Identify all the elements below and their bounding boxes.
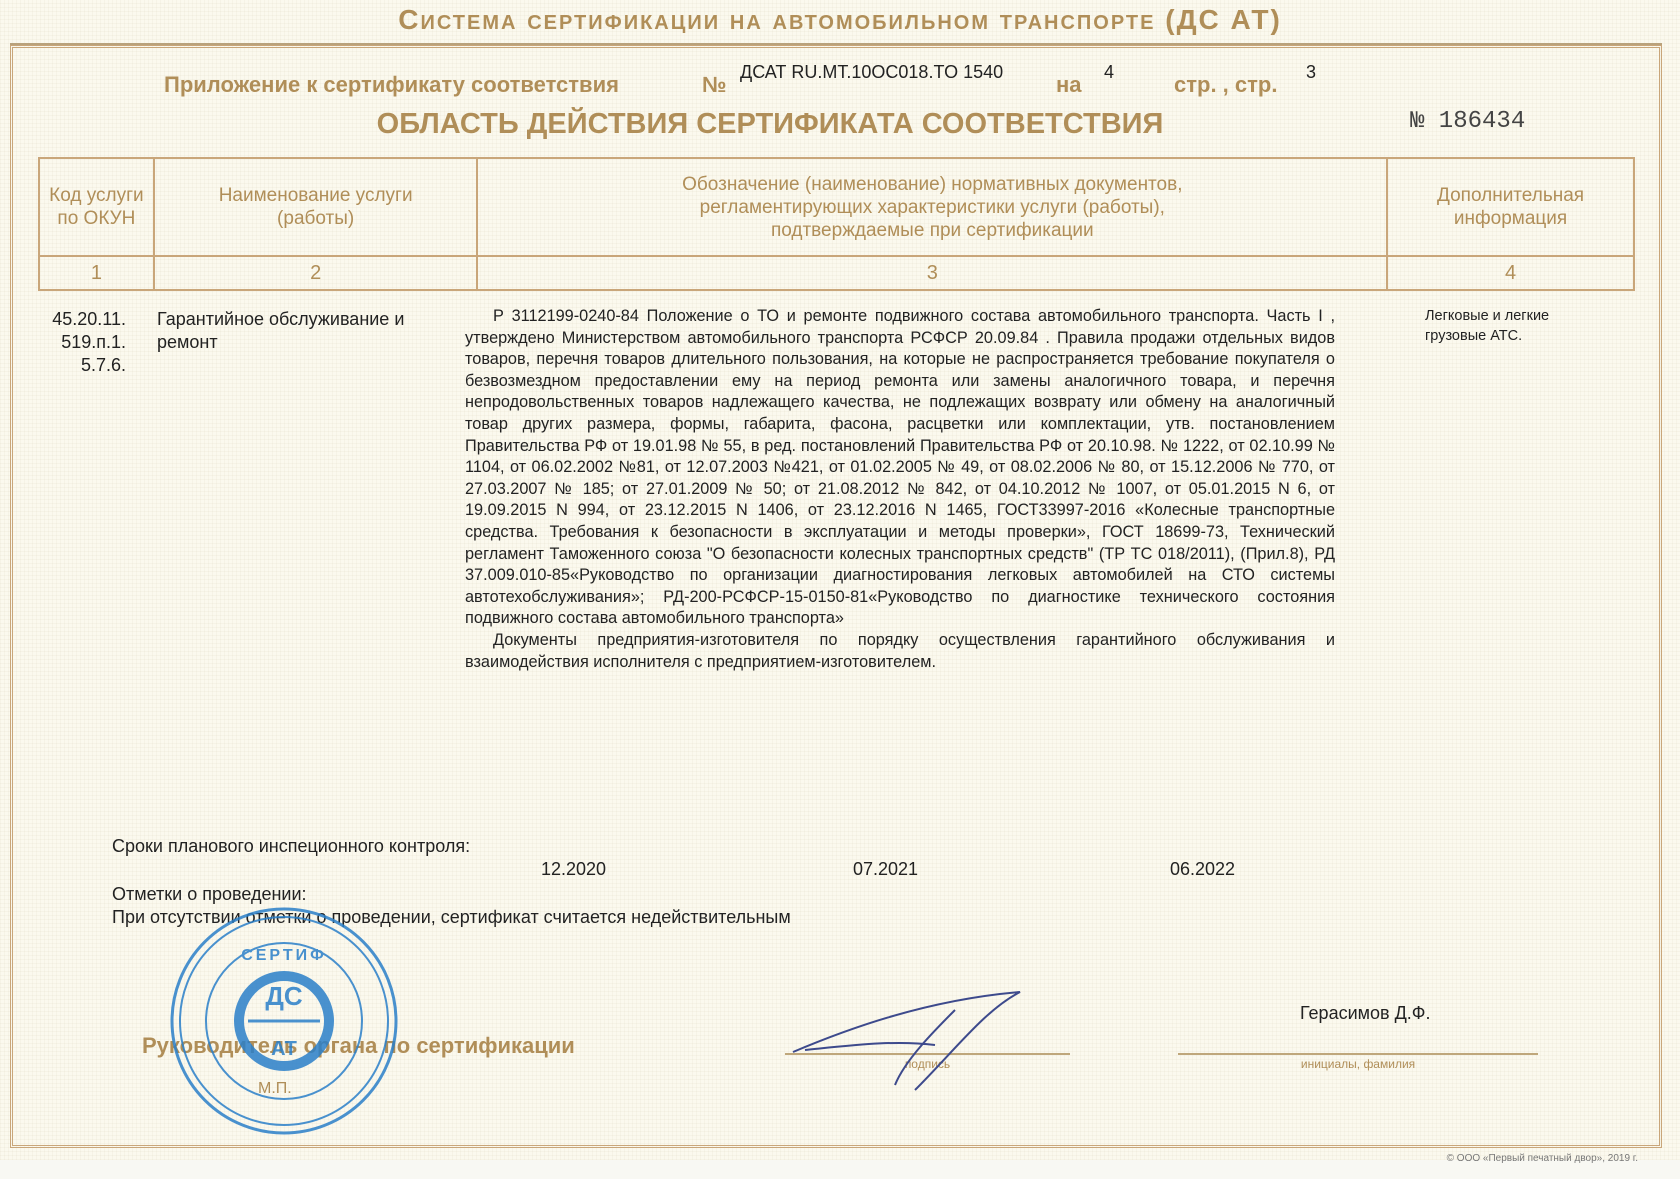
- name-line: [1178, 1053, 1538, 1055]
- certificate-page: Система сертификации на автомобильном тр…: [0, 0, 1680, 1160]
- handwritten-signature: [785, 990, 1025, 1100]
- header-documents: Обозначение (наименование) нормативных д…: [477, 158, 1387, 256]
- name-caption: инициалы, фамилия: [1178, 1057, 1538, 1071]
- inspection-date: 07.2021: [853, 859, 918, 880]
- page-number: 3: [1306, 62, 1316, 83]
- service-name: Гарантийное обслуживание и ремонт: [157, 308, 457, 354]
- code-part: 45.20.11.: [36, 308, 126, 331]
- documents-paragraph: Р 3112199-0240-84 Положение о ТО и ремон…: [465, 306, 1335, 630]
- pages-label: стр. , стр.: [1174, 72, 1277, 98]
- appendix-label: Приложение к сертификату соответствия: [164, 72, 619, 98]
- scope-table-header: Код услуги по ОКУН Наименование услуги (…: [38, 157, 1635, 291]
- signatory-name: Герасимов Д.Ф.: [1300, 1003, 1430, 1024]
- total-pages: 4: [1104, 62, 1114, 83]
- certificate-number: ДСАТ RU.MT.10OC018.TO 1540: [740, 62, 1003, 83]
- code-part: 5.7.6.: [36, 354, 126, 377]
- seal-label: М.П.: [258, 1080, 292, 1098]
- copyright: © ООО «Первый печатный двор», 2019 г.: [1447, 1153, 1638, 1164]
- inspection-date: 06.2022: [1170, 859, 1235, 880]
- svg-text:АТ: АТ: [271, 1038, 297, 1060]
- svg-text:СЕРТИФ: СЕРТИФ: [241, 947, 327, 964]
- header-additional: Дополнительная информация: [1387, 158, 1634, 256]
- form-number: № 186434: [1410, 108, 1525, 135]
- inspection-date: 12.2020: [541, 859, 606, 880]
- header-code: Код услуги по ОКУН: [39, 158, 154, 256]
- system-title: Система сертификации на автомобильном тр…: [0, 4, 1680, 36]
- header-service: Наименование услуги (работы): [154, 158, 478, 256]
- col-number-1: 1: [39, 256, 154, 290]
- code-part: 519.п.1.: [36, 331, 126, 354]
- svg-text:ДС: ДС: [265, 981, 303, 1011]
- on-label: на: [1056, 72, 1082, 98]
- col-number-2: 2: [154, 256, 478, 290]
- seal-stamp-icon: ДС АТ СЕРТИФ: [168, 905, 400, 1137]
- additional-info: Легковые и легкие грузовые АТС.: [1425, 306, 1585, 346]
- inspection-label: Сроки планового инспеционного контроля:: [112, 836, 470, 857]
- marks-label: Отметки о проведении:: [112, 884, 307, 905]
- number-sign: №: [702, 72, 727, 98]
- service-code: 45.20.11. 519.п.1. 5.7.6.: [36, 308, 126, 377]
- normative-documents: Р 3112199-0240-84 Положение о ТО и ремон…: [465, 306, 1335, 673]
- col-number-3: 3: [477, 256, 1387, 290]
- documents-paragraph: Документы предприятия-изготовителя по по…: [465, 630, 1335, 673]
- col-number-4: 4: [1387, 256, 1634, 290]
